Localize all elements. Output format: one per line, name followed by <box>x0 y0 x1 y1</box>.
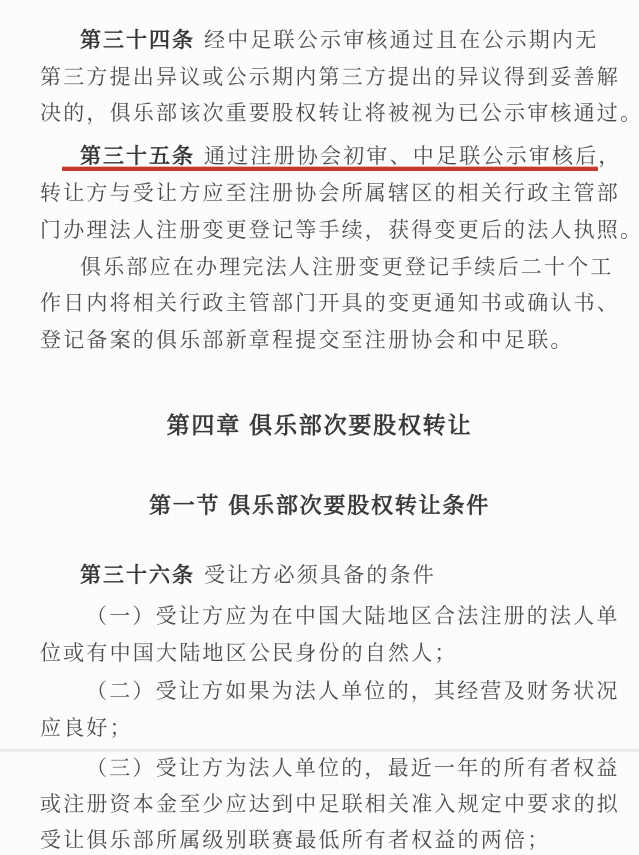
text-line-content: 受让方必须具备的条件 <box>204 563 436 587</box>
text-line: 第三十五条通过注册协会初审、中足联公示审核后， <box>80 143 622 170</box>
text-line-content: （二）受让方如果为法人单位的，其经营及财务状况 <box>86 679 620 703</box>
text-line: （二）受让方如果为法人单位的，其经营及财务状况 <box>86 678 620 705</box>
text-line-content: 作日内将相关行政主管部门开具的变更通知书或确认书、 <box>40 291 620 315</box>
text-line: 俱乐部应在办理完法人注册变更登记手续后二十个工 <box>80 254 614 281</box>
text-line: （三）受让方为法人单位的，最近一年的所有者权益 <box>86 755 620 782</box>
text-line-content: 受让俱乐部所属级别联赛最低所有者权益的两倍； <box>40 828 550 852</box>
article-number-label: 第三十四条 <box>80 29 195 52</box>
text-line-content: 门办理法人注册变更登记等手续，获得变更后的法人执照。 <box>40 218 639 242</box>
text-line-content: 经中足联公示审核通过且在公示期内无 <box>204 28 598 52</box>
scan-artifact-line <box>0 749 639 752</box>
section-heading: 第一节 俱乐部次要股权转让条件 <box>0 489 639 520</box>
text-line-content: 位或有中国大陆地区公民身份的自然人； <box>40 641 458 665</box>
text-line-content: 决的，俱乐部该次重要股权转让将被视为已公示审核通过。 <box>40 101 639 125</box>
text-line-content: 登记备案的俱乐部新章程提交至注册协会和中足联。 <box>40 328 574 352</box>
text-line: 转让方与受让方应至注册协会所属辖区的相关行政主管部 <box>40 180 620 207</box>
text-line: 位或有中国大陆地区公民身份的自然人； <box>40 640 458 667</box>
text-line: 第三十六条受让方必须具备的条件 <box>80 562 436 589</box>
text-line-content: 第三方提出异议或公示期内第三方提出的异议得到妥善解 <box>40 65 620 89</box>
text-line-content: 俱乐部应在办理完法人注册变更登记手续后二十个工 <box>80 255 614 279</box>
text-line: 第三十四条经中足联公示审核通过且在公示期内无 <box>80 27 598 54</box>
text-line-content: （三）受让方为法人单位的，最近一年的所有者权益 <box>86 756 620 780</box>
text-line: 受让俱乐部所属级别联赛最低所有者权益的两倍； <box>40 827 550 854</box>
text-line: 登记备案的俱乐部新章程提交至注册协会和中足联。 <box>40 327 574 354</box>
text-line-content: 或注册资本金至少应达到中足联相关准入规定中要求的拟 <box>40 792 620 816</box>
text-line-content: （一）受让方应为在中国大陆地区合法注册的法人单 <box>86 604 620 628</box>
text-line-content: 通过注册协会初审、中足联公示审核后， <box>204 144 622 168</box>
article-number-label: 第三十六条 <box>80 564 195 587</box>
text-line: 门办理法人注册变更登记等手续，获得变更后的法人执照。 <box>40 217 639 244</box>
text-line: 决的，俱乐部该次重要股权转让将被视为已公示审核通过。 <box>40 100 639 127</box>
text-line-content: 应良好； <box>40 716 133 740</box>
text-line: （一）受让方应为在中国大陆地区合法注册的法人单 <box>86 603 620 630</box>
document-page: 第三十四条经中足联公示审核通过且在公示期内无 第三方提出异议或公示期内第三方提出… <box>0 0 639 855</box>
text-line: 应良好； <box>40 715 133 742</box>
text-line-content: 转让方与受让方应至注册协会所属辖区的相关行政主管部 <box>40 181 620 205</box>
text-line: 第三方提出异议或公示期内第三方提出的异议得到妥善解 <box>40 64 620 91</box>
text-line: 或注册资本金至少应达到中足联相关准入规定中要求的拟 <box>40 791 620 818</box>
article-number-label: 第三十五条 <box>80 145 195 168</box>
text-line: 作日内将相关行政主管部门开具的变更通知书或确认书、 <box>40 290 620 317</box>
red-underline-annotation <box>62 167 598 171</box>
chapter-heading: 第四章 俱乐部次要股权转让 <box>0 407 639 440</box>
